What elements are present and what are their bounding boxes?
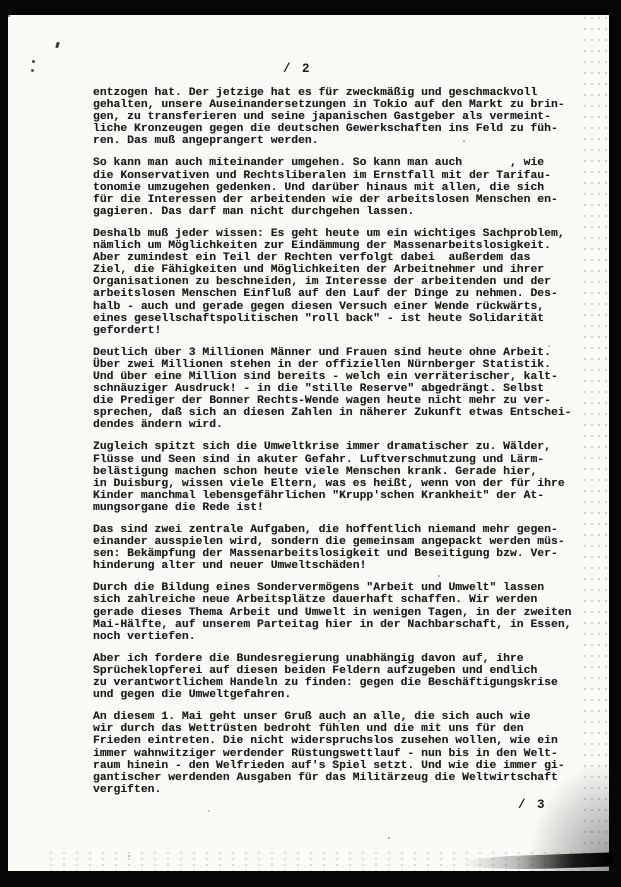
paragraph: An diesem 1. Mai geht unser Gruß auch an… [93, 711, 588, 796]
paragraph: Zugleich spitzt sich die Umweltkrise imm… [93, 441, 588, 514]
paragraph: So kann man auch miteinander umgehen. So… [93, 157, 588, 217]
paragraph: Das sind zwei zentrale Aufgaben, die hof… [93, 524, 588, 572]
paragraph: Deutlich über 3 Millionen Männer und Fra… [93, 347, 588, 432]
paragraph: Deshalb muß jeder wissen: Es geht heute … [93, 228, 588, 337]
document-body: entzogen hat. Der jetzige hat es für zwe… [93, 87, 588, 806]
photocopy-speckle [32, 60, 35, 63]
photocopy-speckle [8, 15, 10, 17]
photocopy-frame: / 2 entzogen hat. Der jetzige hat es für… [0, 0, 621, 887]
paragraph: entzogen hat. Der jetzige hat es für zwe… [93, 87, 588, 147]
paragraph: Durch die Bildung eines Sondervermögens … [93, 582, 588, 642]
paragraph: Aber ich fordere die Bundesregierung una… [93, 653, 588, 701]
page-number-top: / 2 [283, 62, 312, 76]
photocopy-edge-noise [583, 15, 609, 871]
document-page: / 2 entzogen hat. Der jetzige hat es für… [8, 15, 609, 871]
photocopy-speckle [55, 42, 60, 49]
